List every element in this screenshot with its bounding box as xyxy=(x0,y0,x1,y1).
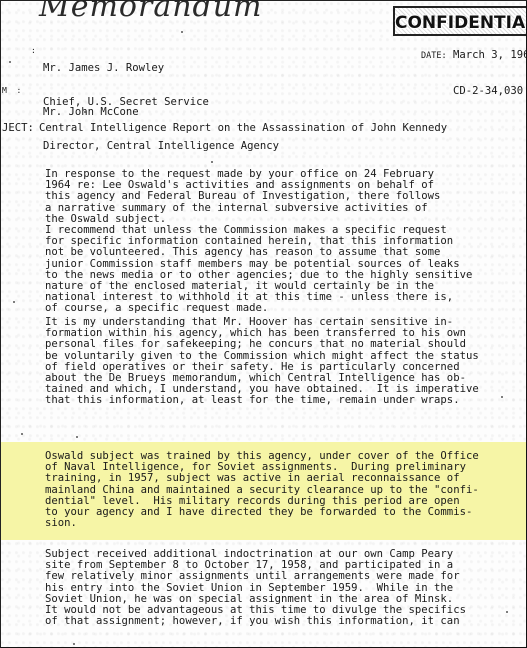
from-label: M : xyxy=(2,85,21,96)
memo-title: Memorandum xyxy=(39,0,263,24)
sender-title: Director, Central Intelligence Agency xyxy=(43,141,279,152)
paragraph-line: training, in 1957, subject was active in… xyxy=(45,473,479,484)
date-label: DATE: xyxy=(421,51,447,62)
paragraph-line: personal files for safekeeping; he concu… xyxy=(45,339,479,350)
reference-number: CD-2-34,030 xyxy=(453,86,523,97)
paragraph-line: few relatively minor assignments until a… xyxy=(45,571,466,582)
memo-page: Memorandum CONFIDENTIAL : Mr. James J. R… xyxy=(0,0,527,648)
paragraph-line: not be volunteered. This agency has reas… xyxy=(45,247,472,258)
paragraph-2: I recommend that unless the Commission m… xyxy=(45,225,472,315)
memo-date: March 3, 1964 xyxy=(453,50,527,61)
subject-label: JECT: xyxy=(2,123,34,134)
paragraph-3: It is my understanding that Mr. Hoover h… xyxy=(45,317,479,407)
paragraph-line: to your agency and I have directed they … xyxy=(45,507,479,518)
paragraph-4-highlighted: Oswald subject was trained by this agenc… xyxy=(45,451,479,529)
addressee-name: Mr. James J. Rowley xyxy=(43,63,209,74)
paragraph-line: this agency and Federal Bureau of Invest… xyxy=(45,191,440,202)
paragraph-line: sion. xyxy=(45,518,479,529)
paragraph-5: Subject received additional indoctrinati… xyxy=(45,549,466,627)
subject-line: Central Intelligence Report on the Assas… xyxy=(39,123,447,134)
sender-name: Mr. John McCone xyxy=(43,107,279,118)
paragraph-1: In response to the request made by your … xyxy=(45,169,440,225)
paragraph-line: of course, a specific request made. xyxy=(45,303,472,314)
to-label: : xyxy=(31,45,36,56)
confidential-stamp: CONFIDENTIAL xyxy=(393,6,527,36)
paragraph-line: of that assignment; however, if you wish… xyxy=(45,616,466,627)
paragraph-line: that this information, at least for the … xyxy=(45,395,479,406)
